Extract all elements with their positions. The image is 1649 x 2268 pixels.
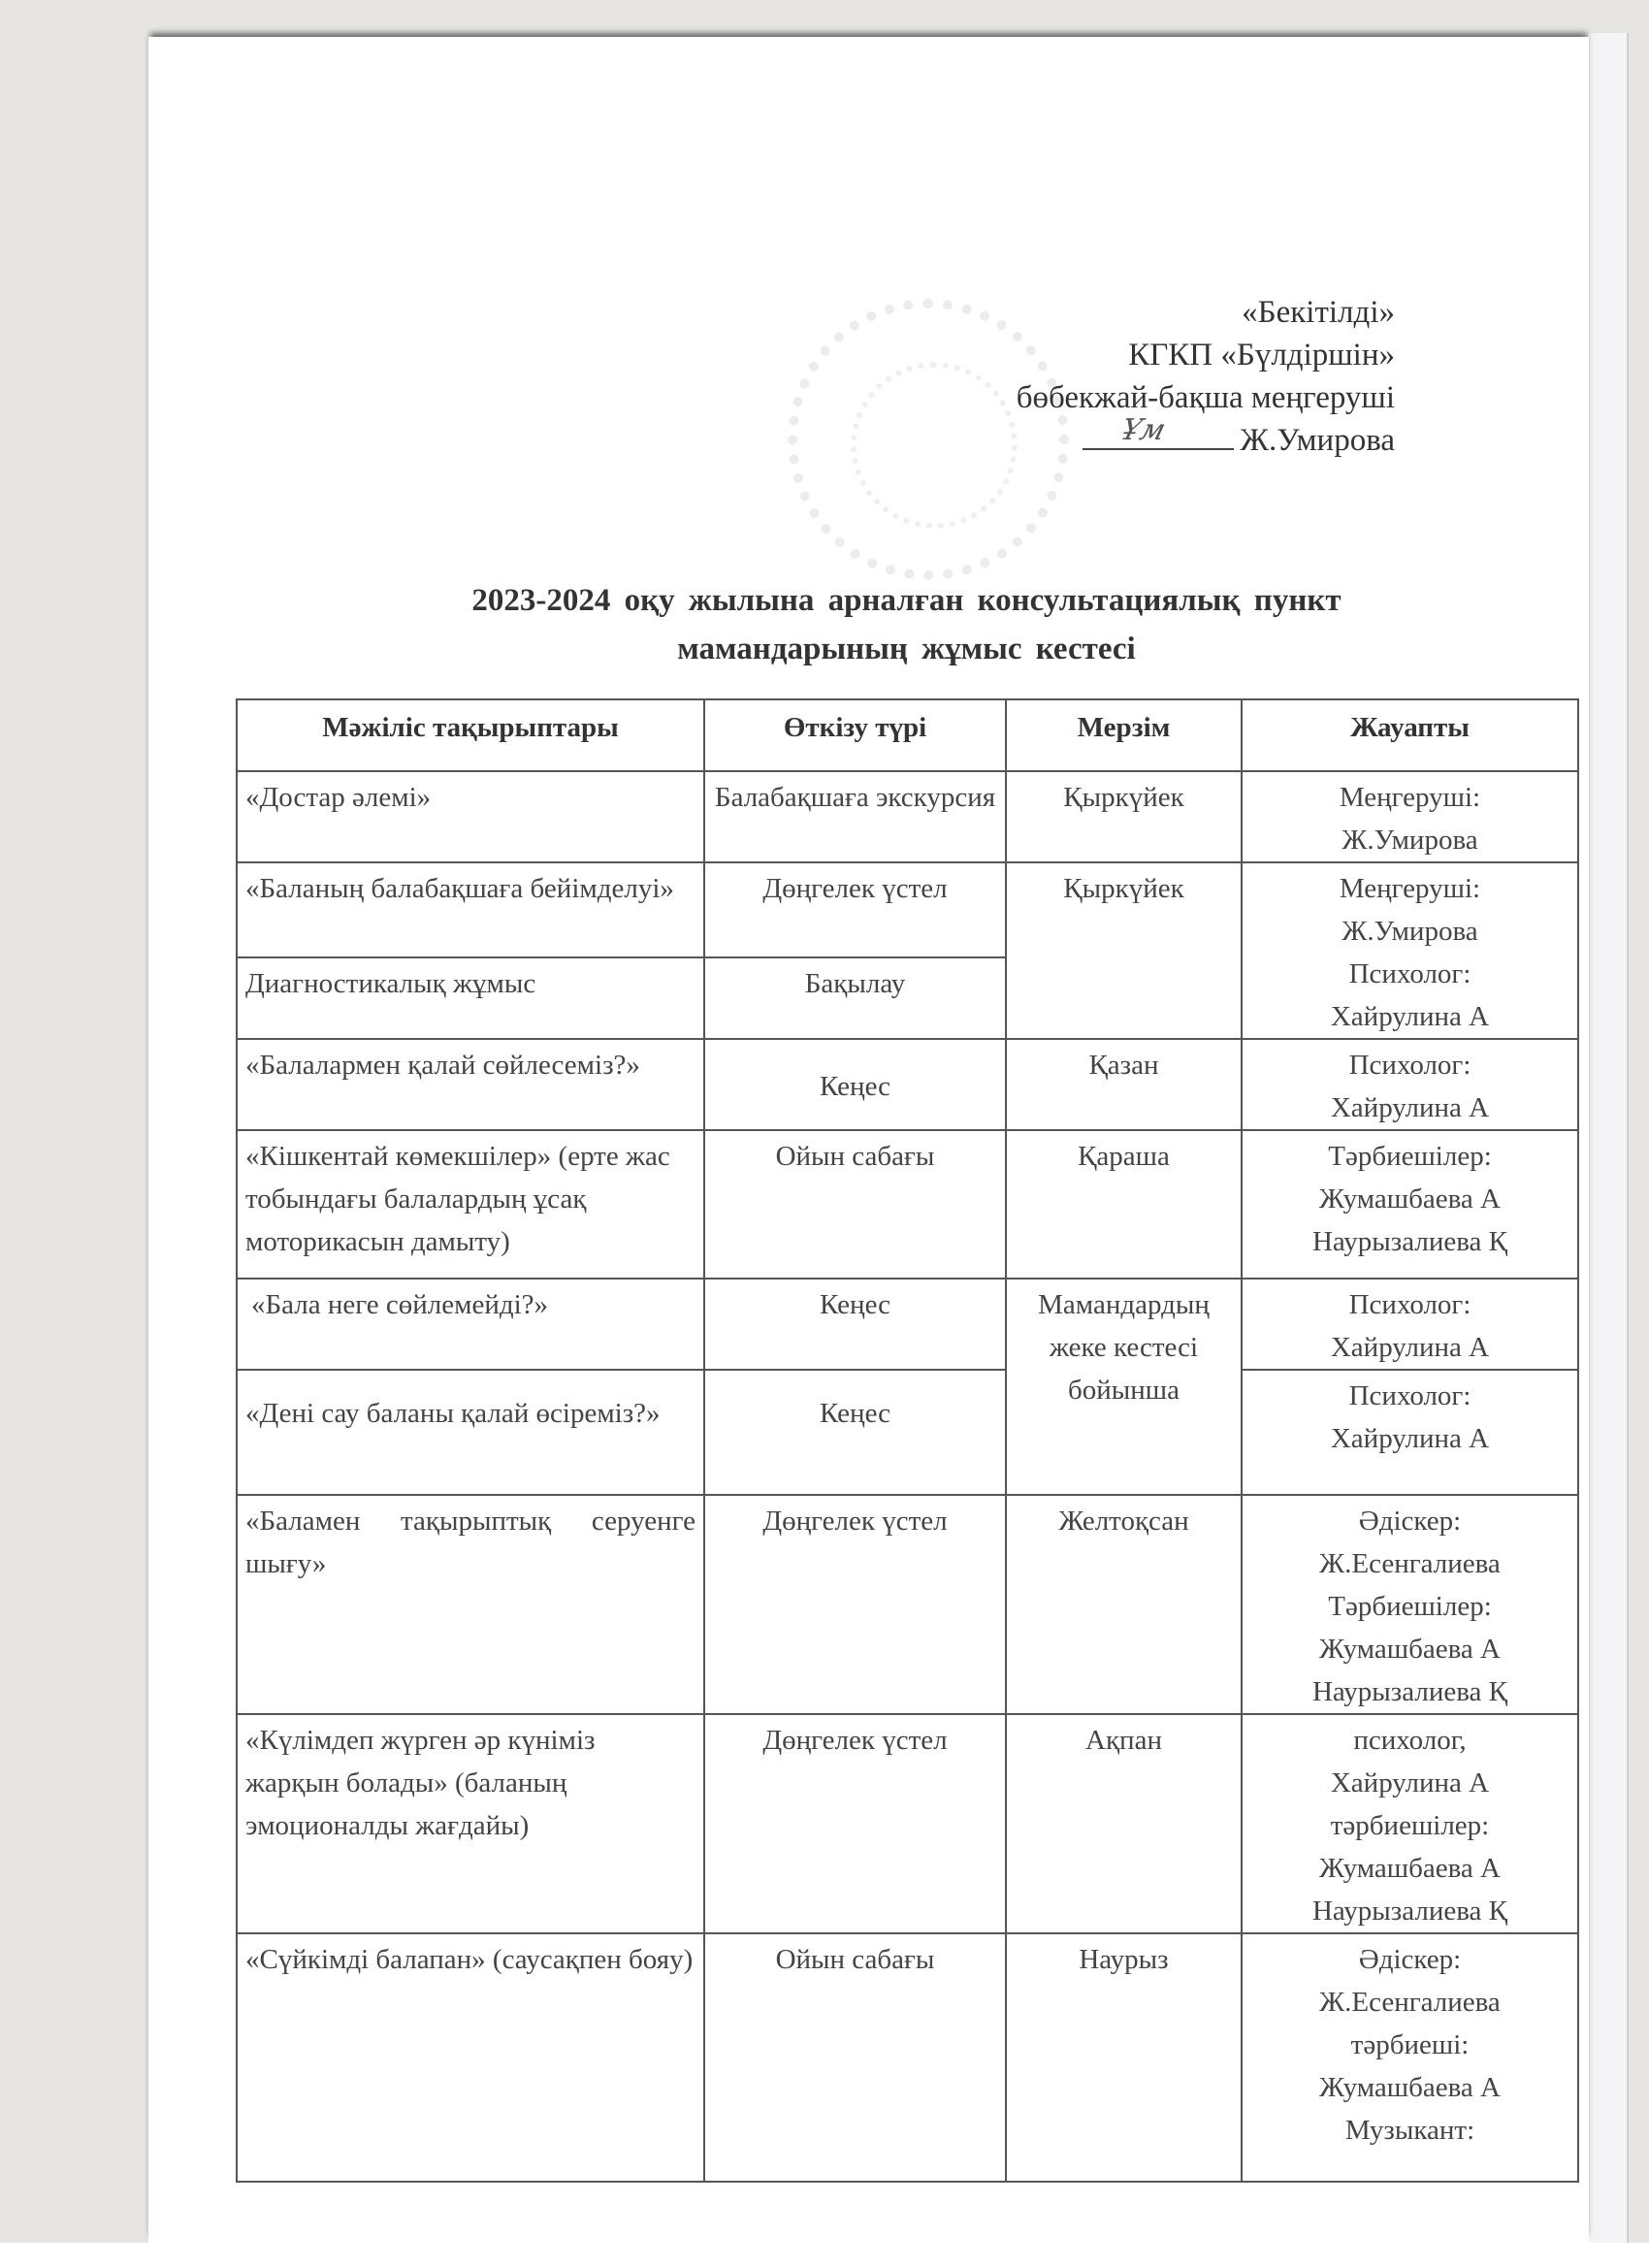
approval-block: «Бекітілді» КГКП «Бүлдіршін» бөбекжай-ба…: [1017, 291, 1395, 462]
topic-cell: «Кішкентай көмекшілер» (ерте жас тобында…: [237, 1130, 704, 1279]
header-responsible: Жауапты: [1242, 699, 1578, 771]
table-row: «Достар әлемі» Балабақшаға экскурсия Қыр…: [237, 771, 1578, 862]
responsible-role: Психолог:: [1250, 1044, 1569, 1086]
responsible-name: Жумашбаева А: [1250, 1628, 1569, 1670]
responsible-name: Хайрулина А: [1250, 1086, 1569, 1129]
responsible-role: Меңгеруші:: [1250, 867, 1569, 910]
date-cell: Қыркүйек: [1006, 771, 1242, 862]
responsible-name: Ж.Есенгалиева: [1250, 1981, 1569, 2024]
table-row: «Кішкентай көмекшілер» (ерте жас тобында…: [237, 1130, 1578, 1279]
underlying-page-edge: [1587, 33, 1629, 2243]
topic-cell: Диагностикалық жұмыс: [237, 957, 704, 1040]
responsible-name: Жумашбаева А: [1250, 1178, 1569, 1220]
date-cell: Мамандардың жеке кестесі бойынша: [1006, 1279, 1242, 1495]
responsible-cell: Психолог: Хайрулина А: [1242, 1279, 1578, 1370]
header-date: Мерзім: [1006, 699, 1242, 771]
type-cell: Кеңес: [704, 1279, 1006, 1370]
table-row: «Дені сау баланы қалай өсіреміз?» Кеңес …: [237, 1370, 1578, 1495]
signer-name: Ж.Умирова: [1240, 423, 1395, 458]
responsible-role: тәрбиешілер:: [1250, 1804, 1569, 1847]
topic-cell: «Балалармен қалай сөйлесеміз?»: [237, 1039, 704, 1130]
schedule-table: Мәжіліс тақырыптары Өткізу түрі Мерзім Ж…: [236, 698, 1579, 2183]
topic-cell: «Күлімдеп жүрген әр күніміз жарқын болад…: [237, 1714, 704, 1933]
table-header-row: Мәжіліс тақырыптары Өткізу түрі Мерзім Ж…: [237, 699, 1578, 771]
responsible-cell: Психолог: Хайрулина А: [1242, 1370, 1578, 1495]
responsible-name: Жумашбаева А: [1250, 2066, 1569, 2109]
type-cell: Ойын сабағы: [704, 1130, 1006, 1279]
type-cell: Дөңгелек үстел: [704, 1714, 1006, 1933]
responsible-cell: Тәрбиешілер: Жумашбаева А Наурызалиева Қ: [1242, 1130, 1578, 1279]
date-cell: Қазан: [1006, 1039, 1242, 1130]
responsible-role: Әдіскер:: [1250, 1500, 1569, 1542]
type-cell: Балабақшаға экскурсия: [704, 771, 1006, 862]
responsible-name: Наурызалиева Қ: [1250, 1670, 1569, 1713]
responsible-cell: Әдіскер: Ж.Есенгалиева тәрбиеші: Жумашба…: [1242, 1933, 1578, 2182]
responsible-cell: Меңгеруші: Ж.Умирова: [1242, 771, 1578, 862]
date-cell: Қыркүйек: [1006, 862, 1242, 1039]
table-row: «Баланың балабақшаға бейімделуі» Дөңгеле…: [237, 862, 1578, 957]
table-row: «Баламен тақырыптық серуенге шығу» Дөңге…: [237, 1495, 1578, 1714]
date-cell: Желтоқсан: [1006, 1495, 1242, 1714]
scanner-margin: [0, 2243, 1649, 2268]
type-cell: Кеңес: [704, 1039, 1006, 1130]
approval-heading: «Бекітілді»: [1017, 291, 1395, 334]
responsible-role: Меңгеруші:: [1250, 776, 1569, 819]
responsible-cell: Әдіскер: Ж.Есенгалиева Тәрбиешілер: Жума…: [1242, 1495, 1578, 1714]
responsible-cell: психолог, Хайрулина А тәрбиешілер: Жумаш…: [1242, 1714, 1578, 1933]
responsible-name: Хайрулина А: [1250, 1417, 1569, 1460]
responsible-role: Психолог:: [1250, 1375, 1569, 1417]
responsible-name: Хайрулина А: [1250, 995, 1569, 1038]
date-cell: Қараша: [1006, 1130, 1242, 1279]
topic-cell: «Баламен тақырыптық серуенге шығу»: [237, 1495, 704, 1714]
responsible-cell: Меңгеруші: Ж.Умирова Психолог: Хайрулина…: [1242, 862, 1578, 1039]
responsible-role: Психолог:: [1250, 1283, 1569, 1326]
approver-position: бөбекжай-бақша меңгеруші: [1017, 376, 1395, 419]
table-row: «Балалармен қалай сөйлесеміз?» Кеңес Қаз…: [237, 1039, 1578, 1130]
table-row: «Бала неге сөйлемейді?» Кеңес Мамандарды…: [237, 1279, 1578, 1370]
header-type: Өткізу түрі: [704, 699, 1006, 771]
title-line-1: 2023-2024 оқу жылына арналған консультац…: [236, 576, 1577, 625]
responsible-role: тәрбиеші:: [1250, 2024, 1569, 2066]
table-row: «Сүйкімді балапан» (саусақпен бояу) Ойын…: [237, 1933, 1578, 2182]
date-cell: Наурыз: [1006, 1933, 1242, 2182]
type-cell: Бақылау: [704, 957, 1006, 1040]
topic-cell: «Дені сау баланы қалай өсіреміз?»: [237, 1370, 704, 1495]
responsible-role: Музыкант:: [1250, 2109, 1569, 2152]
responsible-role: Психолог:: [1250, 953, 1569, 995]
responsible-role: психолог,: [1250, 1719, 1569, 1762]
type-cell: Дөңгелек үстел: [704, 1495, 1006, 1714]
topic-cell: «Бала неге сөйлемейді?»: [237, 1279, 704, 1370]
responsible-name: Ж.Умирова: [1250, 819, 1569, 861]
responsible-name: Жумашбаева А: [1250, 1847, 1569, 1890]
document-title: 2023-2024 оқу жылына арналған консультац…: [236, 576, 1577, 673]
date-cell: Ақпан: [1006, 1714, 1242, 1933]
header-topics: Мәжіліс тақырыптары: [237, 699, 704, 771]
responsible-name: Хайрулина А: [1250, 1326, 1569, 1369]
responsible-role: Тәрбиешілер:: [1250, 1135, 1569, 1178]
responsible-role: Тәрбиешілер:: [1250, 1585, 1569, 1628]
responsible-name: Наурызалиева Қ: [1250, 1220, 1569, 1263]
signature-field: Ұм: [1083, 421, 1234, 450]
topic-cell: «Сүйкімді балапан» (саусақпен бояу): [237, 1933, 704, 2182]
responsible-cell: Психолог: Хайрулина А: [1242, 1039, 1578, 1130]
topic-cell: «Баланың балабақшаға бейімделуі»: [237, 862, 704, 957]
table-row: «Күлімдеп жүрген әр күніміз жарқын болад…: [237, 1714, 1578, 1933]
responsible-name: Ж.Есенгалиева: [1250, 1542, 1569, 1585]
type-cell: Ойын сабағы: [704, 1933, 1006, 2182]
title-line-2: мамандарының жұмыс кестесі: [236, 625, 1577, 673]
responsible-name: Ж.Умирова: [1250, 910, 1569, 953]
type-cell: Дөңгелек үстел: [704, 862, 1006, 957]
responsible-name: Хайрулина А: [1250, 1762, 1569, 1804]
topic-cell: «Достар әлемі»: [237, 771, 704, 862]
organization-name: КГКП «Бүлдіршін»: [1017, 334, 1395, 376]
type-cell: Кеңес: [704, 1370, 1006, 1495]
responsible-name: Наурызалиева Қ: [1250, 1890, 1569, 1932]
handwritten-signature: Ұм: [1115, 409, 1170, 452]
responsible-role: Әдіскер:: [1250, 1938, 1569, 1981]
signature-line: Ұм Ж.Умирова: [1017, 419, 1395, 462]
